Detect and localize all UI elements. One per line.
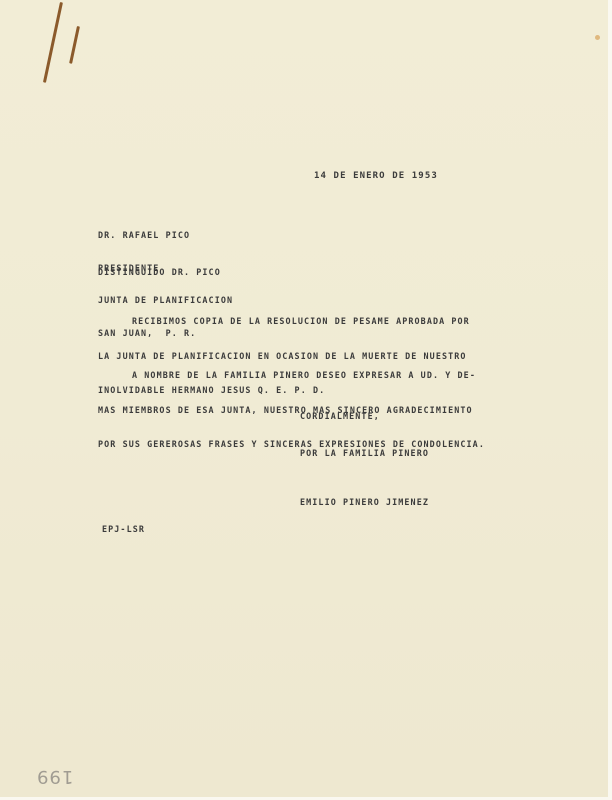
recipient-name: Dr. Rafael Pico	[98, 230, 233, 241]
letter-page: 14 de enero de 1953 Dr. Rafael Pico Pres…	[0, 0, 612, 800]
letter-date: 14 de enero de 1953	[314, 171, 438, 182]
paragraph-line: Recibimos copia de la resolucion de pesa…	[132, 316, 470, 326]
paragraph-line: mas miembros de esa Junta, nuestro mas s…	[98, 405, 485, 417]
paragraph-line: A nombre de la familia Pinero deseo expr…	[132, 370, 476, 380]
handwritten-mark-long	[43, 2, 63, 83]
closing: Cordialmente,	[300, 411, 380, 422]
pencil-page-number: 199	[36, 766, 73, 787]
reference-initials: EPJ-lsr	[102, 524, 145, 535]
paper-stain	[595, 35, 600, 40]
handwritten-mark-short	[69, 26, 80, 64]
signer-name: Emilio Pinero Jimenez	[300, 497, 429, 508]
sender-line: Por La Familia Pinero	[300, 448, 429, 459]
salutation: Distinguido Dr. Pico	[98, 267, 221, 278]
paper-edge-right	[608, 0, 612, 800]
